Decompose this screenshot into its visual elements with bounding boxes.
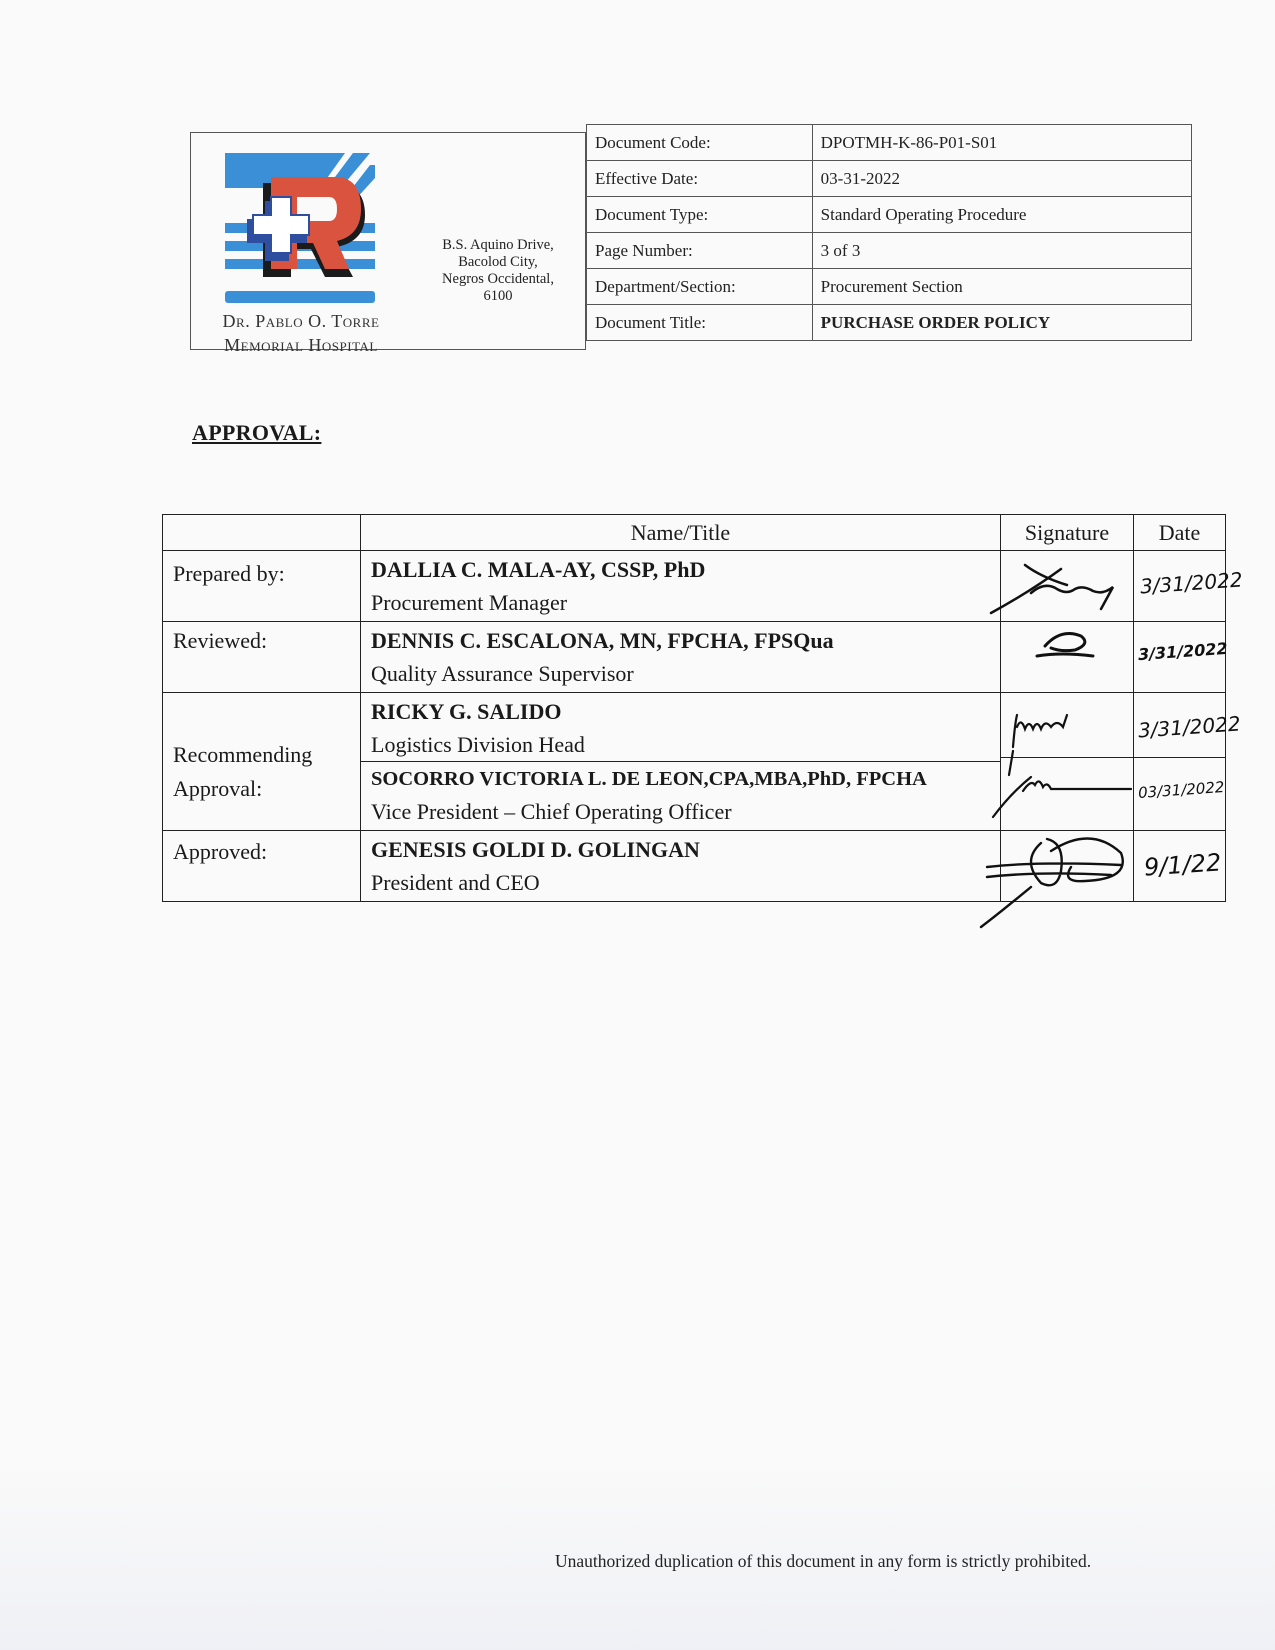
hospital-address: B.S. Aquino Drive, Bacolod City, Negros … bbox=[423, 237, 573, 305]
table-row: Reviewed: DENNIS C. ESCALONA, MN, FPCHA,… bbox=[163, 622, 1226, 693]
hospital-name-line1: Dr. Pablo O. Torre bbox=[201, 309, 401, 333]
column-header-date: Date bbox=[1134, 515, 1226, 551]
meta-value: 03-31-2022 bbox=[812, 161, 1191, 197]
signatory-title: Vice President – Chief Operating Officer bbox=[371, 796, 990, 828]
signed-date: 3/31/2022 bbox=[1137, 639, 1228, 664]
signed-date: 3/31/2022 bbox=[1139, 567, 1243, 598]
duplication-notice: Unauthorized duplication of this documen… bbox=[555, 1551, 1091, 1572]
role-label: Reviewed: bbox=[163, 622, 361, 693]
role-label-line2: Approval: bbox=[173, 772, 350, 806]
meta-value: 3 of 3 bbox=[812, 233, 1191, 269]
address-line: Bacolod City, bbox=[423, 254, 573, 271]
column-header-name-title: Name/Title bbox=[361, 515, 1001, 551]
meta-label: Page Number: bbox=[587, 233, 813, 269]
signature-icon bbox=[1001, 622, 1134, 688]
name-title-cell: RICKY G. SALIDO Logistics Division Head … bbox=[361, 693, 1001, 831]
signatory-title: President and CEO bbox=[371, 867, 990, 899]
signature-cell bbox=[1001, 831, 1134, 902]
table-row: Prepared by: DALLIA C. MALA-AY, CSSP, Ph… bbox=[163, 551, 1226, 622]
date-cell: 3/31/2022 bbox=[1134, 551, 1226, 622]
meta-value: Procurement Section bbox=[812, 269, 1191, 305]
address-line: B.S. Aquino Drive, bbox=[423, 237, 573, 254]
signatory-title: Logistics Division Head bbox=[371, 729, 990, 761]
signatory-name: DALLIA C. MALA-AY, CSSP, PhD bbox=[371, 553, 990, 587]
meta-value: Standard Operating Procedure bbox=[812, 197, 1191, 233]
name-title-cell: GENESIS GOLDI D. GOLINGAN President and … bbox=[361, 831, 1001, 902]
hospital-identity-box: Dr. Pablo O. Torre Memorial Hospital B.S… bbox=[190, 132, 586, 350]
document-metadata-table: Document Code: DPOTMH-K-86-P01-S01 Effec… bbox=[586, 124, 1192, 341]
approval-table: Name/Title Signature Date Prepared by: D… bbox=[162, 514, 1226, 902]
signature-icon bbox=[1001, 551, 1134, 617]
table-row: Approved: GENESIS GOLDI D. GOLINGAN Pres… bbox=[163, 831, 1226, 902]
meta-value: DPOTMH-K-86-P01-S01 bbox=[812, 125, 1191, 161]
hospital-name-line2: Memorial Hospital bbox=[201, 333, 401, 357]
signed-date: 9/1/22 bbox=[1143, 848, 1222, 881]
signatory-name: RICKY G. SALIDO bbox=[371, 695, 990, 729]
row-divider bbox=[1134, 757, 1225, 758]
meta-row-department: Department/Section: Procurement Section bbox=[587, 269, 1192, 305]
table-row: Recommending Approval: RICKY G. SALIDO L… bbox=[163, 693, 1226, 831]
signatory-name: GENESIS GOLDI D. GOLINGAN bbox=[371, 833, 990, 867]
role-label: Prepared by: bbox=[163, 551, 361, 622]
role-label: Approved: bbox=[163, 831, 361, 902]
approval-heading: APPROVAL: bbox=[192, 420, 321, 446]
signature-cell bbox=[1001, 551, 1134, 622]
meta-row-document-type: Document Type: Standard Operating Proced… bbox=[587, 197, 1192, 233]
meta-value: PURCHASE ORDER POLICY bbox=[812, 305, 1191, 341]
meta-row-document-title: Document Title: PURCHASE ORDER POLICY bbox=[587, 305, 1192, 341]
address-line: Negros Occidental, bbox=[423, 271, 573, 288]
meta-label: Document Code: bbox=[587, 125, 813, 161]
meta-label: Document Type: bbox=[587, 197, 813, 233]
date-cell: 9/1/22 bbox=[1134, 831, 1226, 902]
signature-icon bbox=[1001, 831, 1134, 899]
hospital-name: Dr. Pablo O. Torre Memorial Hospital bbox=[201, 309, 401, 357]
approval-header-row: Name/Title Signature Date bbox=[163, 515, 1226, 551]
meta-row-effective-date: Effective Date: 03-31-2022 bbox=[587, 161, 1192, 197]
meta-label: Effective Date: bbox=[587, 161, 813, 197]
role-label-line1: Recommending bbox=[173, 738, 350, 772]
date-cell: 3/31/2022 bbox=[1134, 622, 1226, 693]
column-header-role bbox=[163, 515, 361, 551]
meta-row-page-number: Page Number: 3 of 3 bbox=[587, 233, 1192, 269]
role-label: Recommending Approval: bbox=[163, 693, 361, 831]
signature-icon bbox=[1001, 693, 1134, 823]
signatory-name: SOCORRO VICTORIA L. DE LEON,CPA,MBA,PhD,… bbox=[371, 762, 990, 796]
signature-cell bbox=[1001, 693, 1134, 831]
meta-label: Department/Section: bbox=[587, 269, 813, 305]
meta-label: Document Title: bbox=[587, 305, 813, 341]
signatory-title: Procurement Manager bbox=[371, 587, 990, 619]
signed-date: 3/31/2022 bbox=[1137, 711, 1241, 742]
signed-date: 03/31/2022 bbox=[1137, 778, 1225, 802]
meta-row-document-code: Document Code: DPOTMH-K-86-P01-S01 bbox=[587, 125, 1192, 161]
hospital-logo-icon bbox=[225, 153, 375, 303]
column-header-signature: Signature bbox=[1001, 515, 1134, 551]
name-title-cell: DENNIS C. ESCALONA, MN, FPCHA, FPSQua Qu… bbox=[361, 622, 1001, 693]
name-title-cell: DALLIA C. MALA-AY, CSSP, PhD Procurement… bbox=[361, 551, 1001, 622]
signature-cell bbox=[1001, 622, 1134, 693]
document-header: Dr. Pablo O. Torre Memorial Hospital B.S… bbox=[190, 124, 1192, 350]
date-cell: 3/31/2022 03/31/2022 bbox=[1134, 693, 1226, 831]
address-line: 6100 bbox=[423, 288, 573, 305]
signatory-name: DENNIS C. ESCALONA, MN, FPCHA, FPSQua bbox=[371, 624, 990, 658]
signatory-title: Quality Assurance Supervisor bbox=[371, 658, 990, 690]
